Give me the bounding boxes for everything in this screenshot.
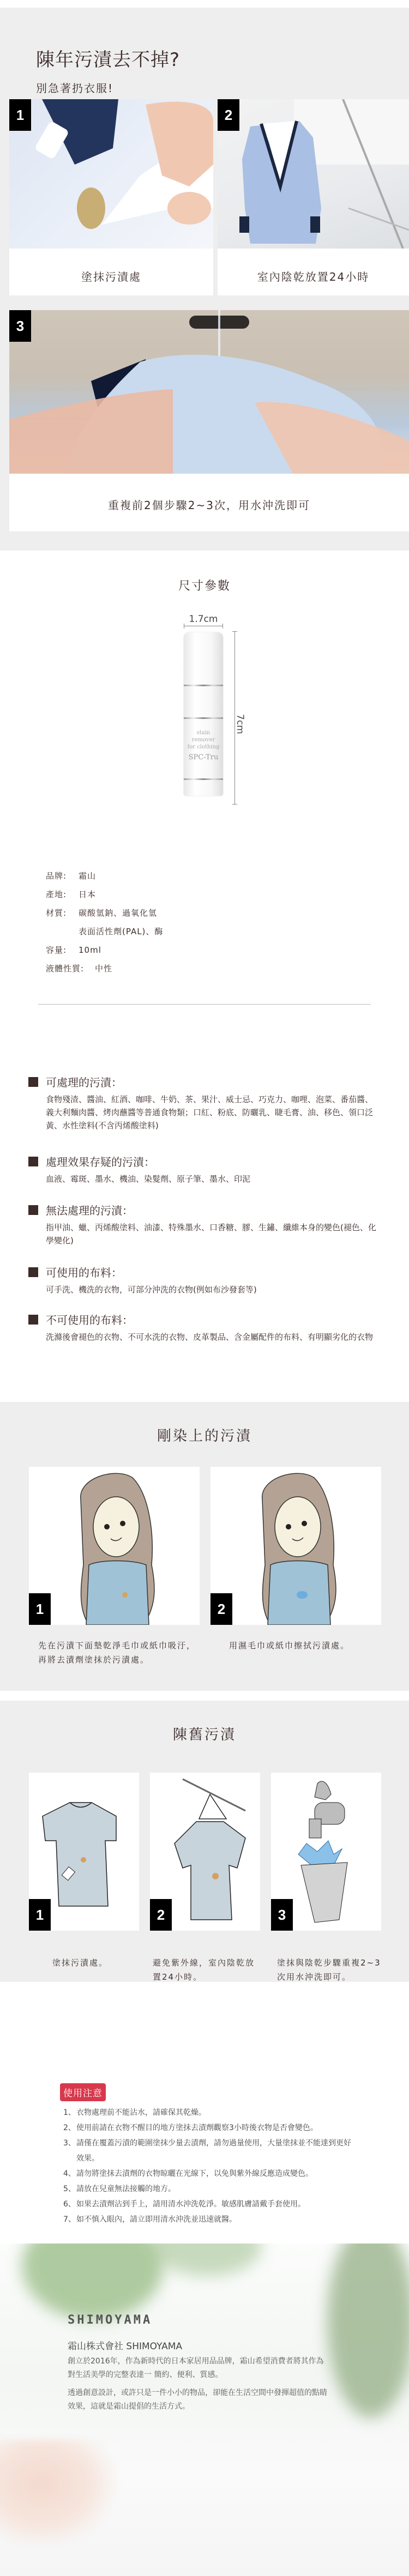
leaf-decoration — [327, 2244, 409, 2418]
girl-wiping-stain-illustration — [210, 1467, 381, 1625]
fabric-block-unusable: 不可使用的布料： 洗滌後會褪色的衣物、不可水洗的衣物、皮革製品、含金屬配件的布料… — [28, 1311, 376, 1344]
stain-block-uncertain: 處理效果存疑的污漬： 血液、霉斑、墨水、機油、染髮劑、原子筆、墨水、印泥 — [28, 1153, 376, 1186]
spec-row: 產地:日本 — [46, 885, 163, 904]
caution-item: 4、請勿將塗抹去漬劑的衣物晾曬在光線下，以免與紫外線反應造成變色。 — [63, 2166, 358, 2181]
step-caption: 重複前2個步驟2~3次，用水沖洗即可 — [9, 497, 409, 512]
brand-section: SHIMOYAMA 霜山株式會社 SHIMOYAMA 創立於2016年，作為新時… — [0, 2244, 409, 2576]
company-name: 霜山株式會社 SHIMOYAMA — [68, 2338, 182, 2352]
caution-section: 使用注意 1、衣物處理前不能沾水，請確保其乾燥。 2、使用前請在衣物不醒目的地方… — [0, 1982, 409, 2244]
bullet-square-icon — [28, 1157, 38, 1166]
stain-categories-section: 可處理的污漬： 食物殘渣、醬油、紅酒、咖啡、牛奶、茶、果汁、威士忌、巧克力、咖哩… — [0, 1074, 409, 1353]
step-card-2: 2 室內陰乾放置24小時 — [218, 99, 409, 295]
bottle-label: stain remover for clothing SPC-Tru — [184, 729, 223, 761]
step-caption: 室內陰乾放置24小時 — [218, 268, 409, 284]
step-badge: 1 — [29, 1899, 51, 1931]
old-stain-section: 陳舊污漬 1 塗抹污漬處。 2 避免紫外線，室內陰乾放置24小時。 3 塗抹與陰 — [0, 1701, 409, 1963]
fabric-block-usable: 可使用的布料： 可手洗、機洗的衣物，可部分沖洗的衣物(例如布沙發套等) — [28, 1264, 376, 1296]
step-badge: 2 — [150, 1899, 172, 1931]
section-spacer — [0, 1691, 409, 1701]
step-badge: 3 — [9, 310, 31, 342]
hero-title: 陳年污漬去不掉? — [36, 45, 180, 71]
size-title: 尺寸參數 — [0, 577, 409, 594]
bullet-square-icon — [28, 1315, 38, 1325]
caution-item: 5、請放在兒童無法接觸的地方。 — [63, 2181, 358, 2197]
leaf-decoration — [22, 2244, 164, 2320]
brand-paragraph-2: 透過創意設計，或許只是一件小小的物品，卻能在生活空間中發揮超值的點睛效果，這就是… — [68, 2386, 329, 2414]
step-badge: 2 — [218, 99, 239, 131]
bullet-square-icon — [28, 1077, 38, 1087]
old-step-3-caption: 塗抹與陰乾步驟重複2~3次用水沖洗即可。 — [277, 1956, 386, 1984]
caution-item: 3、請僅在覆蓋污漬的範圍塗抹少量去漬劑，請勿過量使用，大量塗抹並不能達到更好效果… — [63, 2136, 358, 2166]
brand-paragraph-1: 創立於2016年，作為新時代的日本家居用品品牌，霜山希望消費者將其作為對生活美學… — [68, 2355, 329, 2382]
spec-row: 容量:10ml — [46, 941, 163, 959]
fresh-step-1-caption: 先在污漬下面墊乾淨毛巾或紙巾吸汙，再將去漬劑塗抹於污漬處。 — [38, 1638, 202, 1667]
width-dimension-line — [184, 626, 223, 626]
spec-row: 表面活性劑(PAL)、酶 — [46, 922, 163, 941]
fresh-step-2-illustration: 2 — [210, 1467, 381, 1625]
stain-block-treatable: 可處理的污漬： 食物殘渣、醬油、紅酒、咖啡、牛奶、茶、果汁、威士忌、巧克力、咖哩… — [28, 1074, 376, 1132]
caution-list: 1、衣物處理前不能沾水，請確保其乾燥。 2、使用前請在衣物不醒目的地方塗抹去漬劑… — [63, 2105, 358, 2227]
caution-item: 1、衣物處理前不能沾水，請確保其乾燥。 — [63, 2105, 358, 2120]
step-badge: 2 — [210, 1593, 232, 1625]
width-label: 1.7cm — [184, 614, 223, 625]
spec-row: 液體性質:中性 — [46, 959, 163, 978]
girl-applying-remover-illustration — [29, 1467, 200, 1625]
old-step-3-illustration: 3 — [271, 1773, 381, 1931]
step-card-3: 3 重複前2個步驟2~3次，用水沖洗即可 — [9, 310, 409, 531]
fresh-step-2-caption: 用濕毛巾或紙巾擦拭污漬處。 — [229, 1638, 393, 1653]
old-step-1-illustration: 1 — [29, 1773, 139, 1931]
product-bottle: stain remover for clothing SPC-Tru — [184, 632, 223, 796]
hero-subtitle: 別急著扔衣服! — [36, 80, 113, 95]
hand-with-towel-photo — [0, 2440, 120, 2549]
size-section: 尺寸參數 1.7cm stain remover for clothing SP… — [0, 551, 409, 1074]
spec-row: 品牌:霜山 — [46, 867, 163, 885]
divider — [38, 1004, 371, 1005]
spec-list: 品牌:霜山 產地:日本 材質:碳酸氫鈉、過氧化氫 表面活性劑(PAL)、酶 容量… — [46, 867, 163, 978]
old-stain-title: 陳舊污漬 — [0, 1724, 409, 1744]
caution-item: 6、如果去漬劑沾到手上，請用清水沖洗乾淨。敏感肌膚請戴手套使用。 — [63, 2197, 358, 2212]
brand-logo: SHIMOYAMA — [68, 2313, 152, 2327]
step-badge: 1 — [9, 99, 31, 131]
step-badge: 1 — [29, 1593, 51, 1625]
fresh-stain-section: 剛染上的污漬 1 先在污漬下面墊乾淨毛巾或紙巾吸汙，再將去漬劑塗抹於污漬處。 2… — [0, 1402, 409, 1691]
caution-item: 7、如不慎入眼內，請立即用清水沖洗並迅速就醫。 — [63, 2212, 358, 2227]
bullet-square-icon — [28, 1267, 38, 1277]
old-step-2-caption: 避免紫外線，室內陰乾放置24小時。 — [153, 1956, 262, 1984]
spec-row: 材質:碳酸氫鈉、過氧化氫 — [46, 904, 163, 922]
shirt-drying-illustration — [218, 99, 409, 249]
step-2-photo: 2 — [218, 99, 409, 249]
height-label: 7cm — [234, 714, 245, 734]
caution-item: 2、使用前請在衣物不醒目的地方塗抹去漬劑觀察3小時後衣物是否會變色。 — [63, 2120, 358, 2136]
step-caption: 塗抹污漬處 — [9, 268, 213, 284]
bullet-square-icon — [28, 1205, 38, 1215]
hero-section: 陳年污漬去不掉? 別急著扔衣服! 1 塗抹污漬處 — [0, 8, 409, 551]
step-3-photo: 3 — [9, 310, 409, 474]
step-1-photo: 1 — [9, 99, 213, 249]
old-step-2-illustration: 2 — [150, 1773, 260, 1931]
fresh-stain-title: 剛染上的污漬 — [0, 1425, 409, 1445]
step-card-1: 1 塗抹污漬處 — [9, 99, 213, 295]
rinsing-under-tap-illustration — [9, 310, 409, 474]
step-badge: 3 — [271, 1899, 293, 1931]
fresh-step-1-illustration: 1 — [29, 1467, 200, 1625]
applying-stain-remover-illustration — [9, 99, 213, 249]
caution-tag: 使用注意 — [60, 2083, 106, 2101]
old-step-1-caption: 塗抹污漬處。 — [52, 1956, 151, 1970]
stain-block-untreatable: 無法處理的污漬： 指甲油、蠟、丙烯酸塗料、油漆、特殊墨水、口香糖、膠、生鏽、纖維… — [28, 1202, 376, 1247]
leaf-decoration — [153, 2244, 262, 2276]
